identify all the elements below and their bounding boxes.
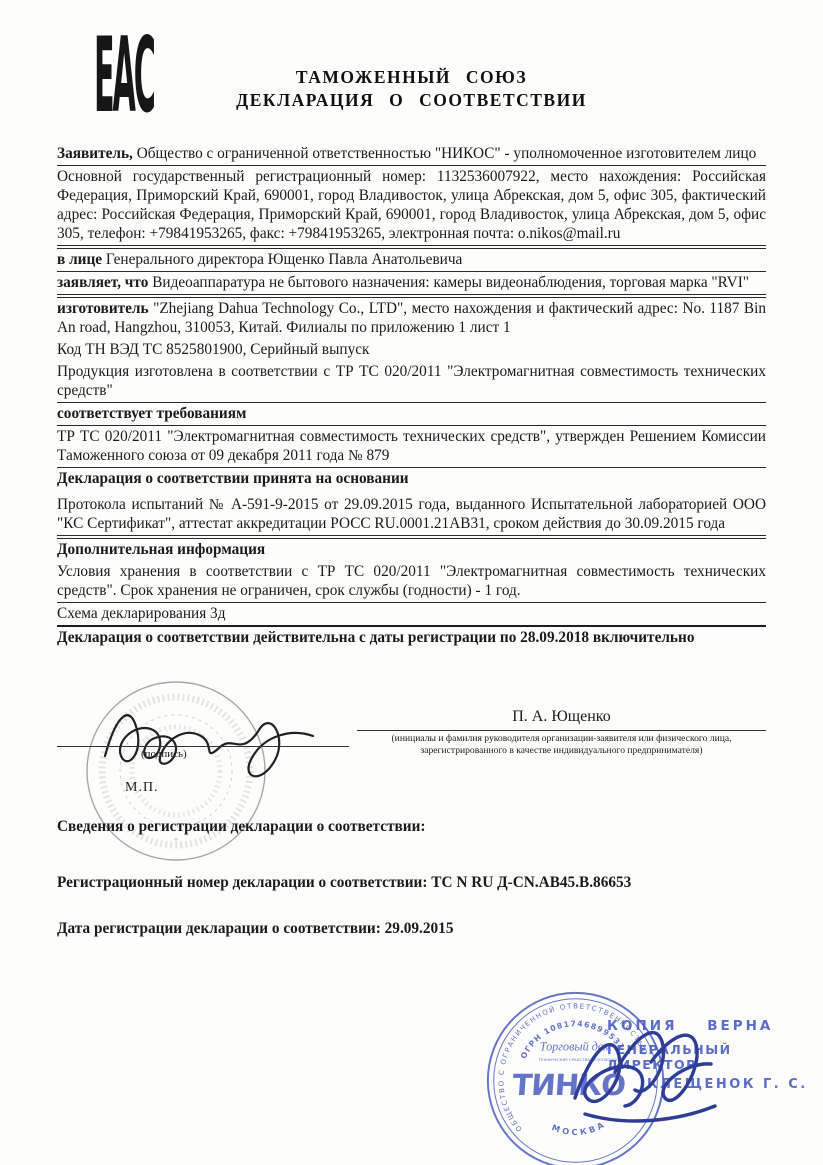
production-paragraph: Продукция изготовлена в соответствии с Т… [57, 361, 766, 402]
declares-value: Видеоаппаратура не бытового назначения: … [148, 274, 749, 291]
title-line-declaration: ДЕКЛАРАЦИЯ О СООТВЕТСТВИИ [0, 89, 823, 112]
title-line-customs-union: ТАМОЖЕННЫЙ СОЮЗ [0, 66, 823, 89]
registration-block: Сведения о регистрации декларации о соот… [57, 818, 766, 938]
manufacturer-label: изготовитель [57, 300, 149, 317]
signature-area: * (подпись) М.П. П. А. Ющенко (инициалы … [57, 700, 766, 815]
additional-header: Дополнительная информация [57, 539, 766, 561]
manufacturer-group: изготовитель "Zhejiang Dahua Technology … [57, 298, 766, 403]
applicant-value: Общество с ограниченной ответственностью… [133, 145, 756, 162]
director-signature [555, 1002, 765, 1152]
complies-paragraph: ТР ТС 020/2011 "Электромагнитная совмест… [57, 426, 766, 468]
document-body: Заявитель, Общество с ограниченной ответ… [57, 143, 766, 649]
document-title: ТАМОЖЕННЫЙ СОЮЗ ДЕКЛАРАЦИЯ О СООТВЕТСТВИ… [0, 66, 823, 112]
head-name: П. А. Ющенко [357, 700, 766, 726]
manufacturer-paragraph: изготовитель "Zhejiang Dahua Technology … [57, 298, 766, 339]
applicant-paragraph: Заявитель, Общество с ограниченной ответ… [57, 143, 766, 166]
manufacturer-value: "Zhejiang Dahua Technology Co., LTD", ме… [57, 300, 766, 336]
tnved-code: Код ТН ВЭД ТС 8525801900, Серийный выпус… [57, 339, 766, 361]
in-person-label: в лице [57, 251, 102, 268]
registration-date: Дата регистрации декларации о соответств… [57, 920, 766, 938]
podpis-caption: (подпись) [141, 748, 187, 760]
head-caption: (инициалы и фамилия руководителя организ… [357, 731, 766, 756]
validity-paragraph: Декларация о соответствии действительна … [57, 627, 766, 649]
in-person-value: Генерального директора Ющенко Павла Анат… [102, 251, 462, 268]
declaration-document: ЕАС ТАМОЖЕННЫЙ СОЮЗ ДЕКЛАРАЦИЯ О СООТВЕТ… [0, 0, 823, 1165]
in-person-paragraph: в лице Генерального директора Ющенко Пав… [57, 249, 766, 272]
additional-paragraph: Условия хранения в соответствии с ТР ТС … [57, 561, 766, 603]
registration-number: Регистрационный номер декларации о соотв… [57, 874, 766, 892]
scheme-paragraph: Схема декларирования 3д [57, 603, 766, 627]
copy-certification-stamps: ОБЩЕСТВО С ОГРАНИЧЕННОЙ ОТВЕТСТВЕННОСТЬЮ… [455, 980, 823, 1165]
declares-label: заявляет, что [57, 274, 148, 291]
mp-label: М.П. [125, 780, 159, 796]
signature-right-block: П. А. Ющенко (инициалы и фамилия руковод… [357, 700, 766, 756]
applicant-label: Заявитель, [57, 145, 133, 162]
signature-left-block: * (подпись) М.П. [57, 700, 357, 815]
applicant-signature [91, 678, 331, 788]
head-caption-line1: (инициалы и фамилия руководителя организ… [357, 733, 766, 745]
complies-header: соответствует требованиям [57, 403, 766, 426]
basis-header: Декларация о соответствии принята на осн… [57, 468, 766, 490]
registration-header: Сведения о регистрации декларации о соот… [57, 818, 766, 836]
basis-paragraph: Протокола испытаний № А-591-9-2015 от 29… [57, 490, 766, 539]
declares-paragraph: заявляет, что Видеоаппаратура не бытовог… [57, 272, 766, 298]
head-caption-line2: зарегистрированного в качестве индивидуа… [357, 745, 766, 757]
signature-line [57, 746, 349, 747]
ogrn-paragraph: Основной государственный регистрационный… [57, 166, 766, 249]
